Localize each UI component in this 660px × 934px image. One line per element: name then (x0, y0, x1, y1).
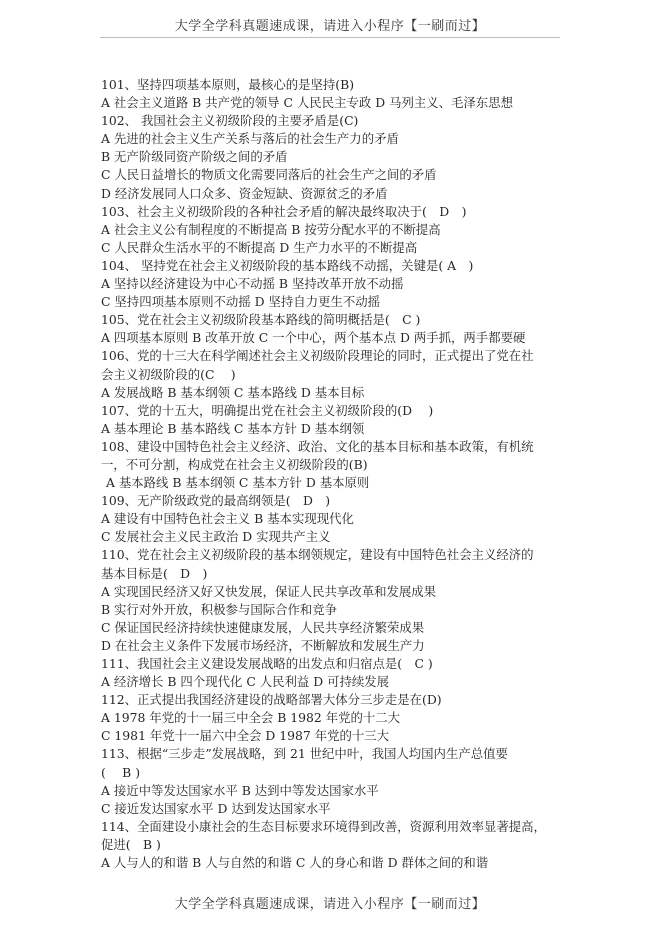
option-110-c: C 保证国民经济持续快速健康发展，人民共享经济繁荣成果 (101, 619, 571, 637)
question-109: 109、无产阶级政党的最高纲领是( D ) (101, 492, 571, 510)
question-108: 108、建设中国特色社会主义经济、政治、文化的基本目标和基本政策，有机统 (101, 438, 571, 456)
options-103-cd: C 人民群众生活水平的不断提高 D 生产力水平的不断提高 (101, 239, 571, 257)
question-107: 107、党的十五大，明确提出党在社会主义初级阶段的(D ) (101, 402, 571, 420)
option-110-b: B 实行对外开放，积极参与国际合作和竞争 (101, 601, 571, 619)
options-109-ab: A 建设有中国特色社会主义 B 基本实现现代化 (101, 510, 571, 528)
question-111: 111、我国社会主义建设发展战略的出发点和归宿点是( C ) (101, 655, 571, 673)
options-112-cd: C 1981 年党十一届六中全会 D 1987 年党的十三大 (101, 727, 571, 745)
options-104-cd: C 坚持四项基本原则不动摇 D 坚持自力更生不动摇 (101, 293, 571, 311)
option-102-b: B 无产阶级同资产阶级之间的矛盾 (101, 148, 571, 166)
question-106: 106、党的十三大在科学阐述社会主义初级阶段理论的同时，正式提出了党在社 (101, 347, 571, 365)
options-105: A 四项基本原则 B 改革开放 C 一个中心，两个基本点 D 两手抓，两手都要硬 (101, 329, 571, 347)
options-112-ab: A 1978 年党的十一届三中全会 B 1982 年党的十二大 (101, 709, 571, 727)
option-110-a: A 实现国民经济又好又快发展，保证人民共享改革和发展成果 (101, 583, 571, 601)
options-108: A 基本路线 B 基本纲领 C 基本方针 D 基本原则 (101, 474, 571, 492)
question-113-cont: ( B ) (101, 764, 571, 782)
options-113-cd: C 接近发达国家水平 D 达到发达国家水平 (101, 800, 571, 818)
option-110-d: D 在社会主义条件下发展市场经济，不断解放和发展生产力 (101, 637, 571, 655)
question-list: 101、坚持四项基本原则，最核心的是坚持(B) A 社会主义道路 B 共产党的领… (101, 76, 571, 872)
options-113-ab: A 接近中等发达国家水平 B 达到中等发达国家水平 (101, 782, 571, 800)
page-header: 大学全学科真题速成课，请进入小程序【一刷而过】 (0, 0, 660, 38)
header-text: 大学全学科真题速成课，请进入小程序【一刷而过】 (0, 15, 660, 34)
option-102-d: D 经济发展同人口众多、资金短缺、资源贫乏的矛盾 (101, 185, 571, 203)
options-107: A 基本理论 B 基本路线 C 基本方针 D 基本纲领 (101, 420, 571, 438)
options-114: A 人与人的和谐 B 人与自然的和谐 C 人的身心和谐 D 群体之间的和谐 (101, 854, 571, 872)
question-114-cont: 促进( B ) (101, 836, 571, 854)
options-109-cd: C 发展社会主义民主政治 D 实现共产主义 (101, 528, 571, 546)
question-113: 113、根据“三步走”发展战略，到 21 世纪中叶，我国人均国内生产总值要 (101, 745, 571, 763)
page-footer: 大学全学科真题速成课，请进入小程序【一刷而过】 (0, 893, 660, 912)
option-102-c: C 人民日益增长的物质文化需要同落后的社会生产之间的矛盾 (101, 166, 571, 184)
question-110-cont: 基本目标是( D ) (101, 565, 571, 583)
question-102: 102、 我国社会主义初级阶段的主要矛盾是(C) (101, 112, 571, 130)
options-106: A 发展战略 B 基本纲领 C 基本路线 D 基本目标 (101, 384, 571, 402)
question-110: 110、党在社会主义初级阶段的基本纲领规定，建设有中国特色社会主义经济的 (101, 546, 571, 564)
question-106-cont: 会主义初级阶段的(C ) (101, 366, 571, 384)
options-103-ab: A 社会主义公有制程度的不断提高 B 按劳分配水平的不断提高 (101, 221, 571, 239)
question-114: 114、全面建设小康社会的生态目标要求环境得到改善，资源利用效率显著提高， (101, 818, 571, 836)
question-112: 112、正式提出我国经济建设的战略部署大体分三步走是在(D) (101, 691, 571, 709)
question-101: 101、坚持四项基本原则，最核心的是坚持(B) (101, 76, 571, 94)
options-101: A 社会主义道路 B 共产党的领导 C 人民民主专政 D 马列主义、毛泽东思想 (101, 94, 571, 112)
header-divider (100, 37, 560, 38)
question-104: 104、 坚持党在社会主义初级阶段的基本路线不动摇，关键是( A ) (101, 257, 571, 275)
option-102-a: A 先进的社会主义生产关系与落后的社会生产力的矛盾 (101, 130, 571, 148)
options-111: A 经济增长 B 四个现代化 C 人民利益 D 可持续发展 (101, 673, 571, 691)
question-103: 103、社会主义初级阶段的各种社会矛盾的解决最终取决于( D ) (101, 203, 571, 221)
question-105: 105、党在社会主义初级阶段基本路线的简明概括是( C ) (101, 311, 571, 329)
options-104-ab: A 坚持以经济建设为中心不动摇 B 坚持改革开放不动摇 (101, 275, 571, 293)
question-108-cont: 一，不可分割，构成党在社会主义初级阶段的(B) (101, 456, 571, 474)
